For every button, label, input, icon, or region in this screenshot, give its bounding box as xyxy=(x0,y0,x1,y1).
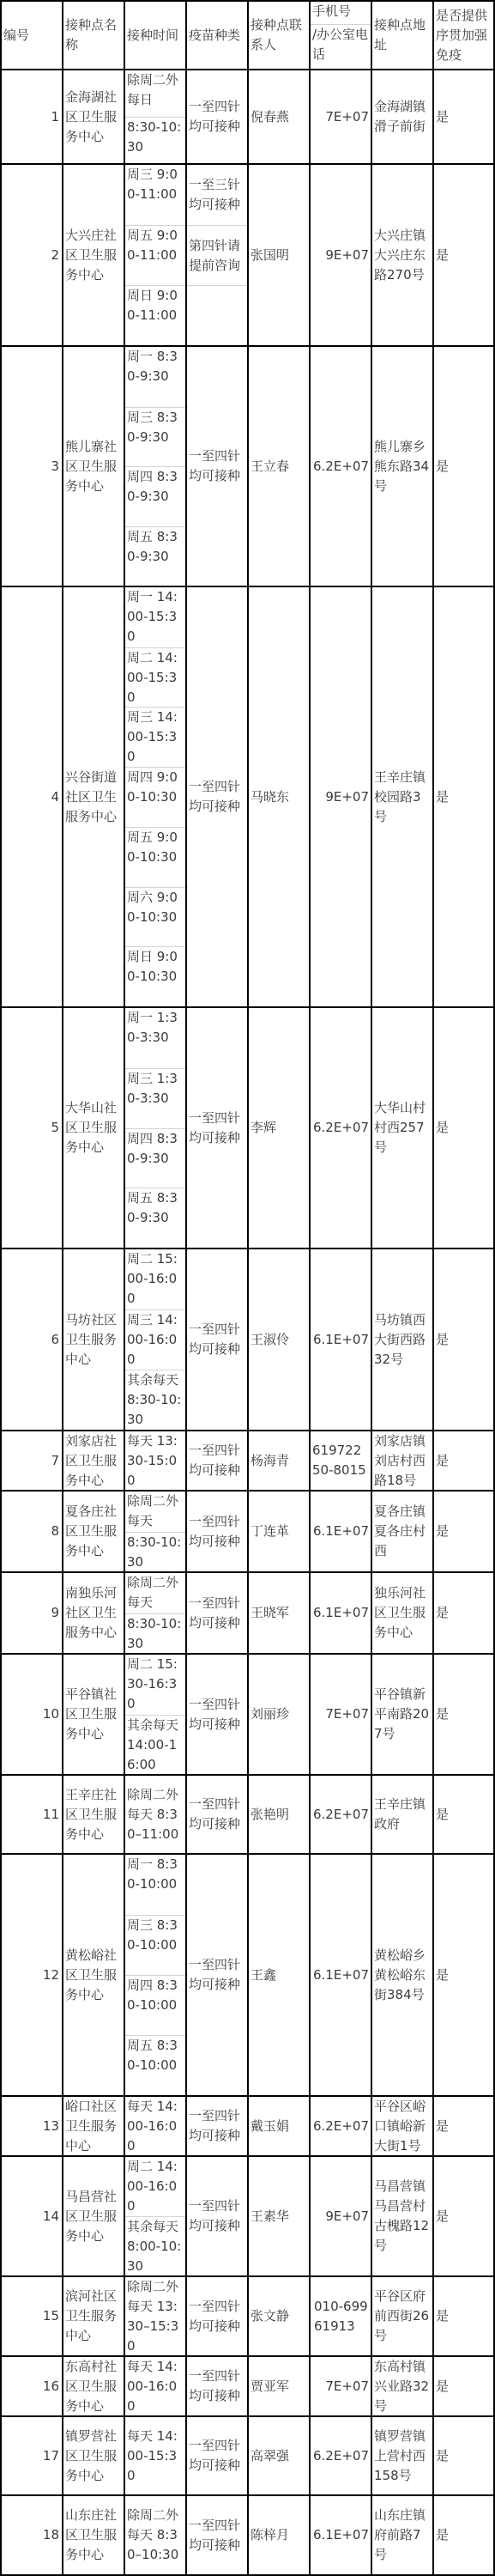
header-phone: 手机号 /办公室电话 xyxy=(309,0,371,69)
time-slot: 每天 14:00-15:30 xyxy=(125,2417,185,2494)
time-slot: 周一 1:30-3:30 xyxy=(125,1008,185,1068)
site-vaccine: 一至四针均可接种 xyxy=(185,1853,247,2095)
time-slot: 8:30-10:30 xyxy=(125,1532,185,1572)
site-phone: 6.1E+07 xyxy=(309,1490,371,1571)
site-vaccine: 一至四针均可接种 xyxy=(185,1571,247,1653)
site-address-text: 王辛庄镇政府 xyxy=(374,1795,431,1834)
time-slot: 周四 9:00-10:30 xyxy=(125,767,185,827)
time-slot: 除周二外每日 xyxy=(125,70,185,117)
site-contact: 王晓军 xyxy=(247,1571,309,1653)
site-vaccine: 一至四针均可接种 xyxy=(185,2275,247,2355)
header-time-label: 接种时间 xyxy=(127,26,184,46)
site-vaccine: 一至四针均可接种 xyxy=(185,2095,247,2155)
site-contact-text: 王素华 xyxy=(251,2207,307,2227)
site-booster-text: 是 xyxy=(436,1704,492,1724)
site-contact-text: 倪春燕 xyxy=(251,107,307,127)
site-contact-text: 马晓东 xyxy=(251,787,307,807)
site-name-text: 大华山社区卫生服务中心 xyxy=(65,1098,122,1157)
site-contact-text: 陈梓月 xyxy=(251,2525,307,2545)
table-row: 6马坊社区卫生服务中心周二 15:00-16:00周三 14:00-16:00其… xyxy=(0,1248,495,1430)
site-name: 平谷镇社区卫生服务中心 xyxy=(62,1653,124,1774)
site-vaccine: 一至四针均可接种 xyxy=(185,1430,247,1490)
site-times: 除周二外每日8:30-10:30 xyxy=(124,69,185,163)
site-phone-text: 61972250-8015 xyxy=(312,1441,369,1480)
site-address-text: 东高村镇兴业路32号 xyxy=(374,2357,431,2416)
site-vaccine: 一至三针均可接种第四针请提前咨询 xyxy=(185,163,247,345)
table-row: 9南独乐河社区卫生服务中心除周二外每天8:30-10:30一至四针均可接种王晓军… xyxy=(0,1571,495,1653)
site-id: 1 xyxy=(0,69,62,163)
site-booster-text: 是 xyxy=(436,2377,492,2397)
site-address: 东高村镇兴业路32号 xyxy=(371,2355,432,2415)
site-booster: 是 xyxy=(432,69,495,163)
site-id: 18 xyxy=(0,2494,62,2574)
site-contact: 王立春 xyxy=(247,345,309,586)
site-contact: 王鑫 xyxy=(247,1853,309,2095)
site-times: 每天 13:30-15:00 xyxy=(124,1430,185,1490)
site-name: 大兴庄社区卫生服务中心 xyxy=(62,163,124,345)
site-address: 王辛庄镇政府 xyxy=(371,1774,432,1853)
table-row: 8夏各庄社区卫生服务中心除周二外每天8:30-10:30一至四针均可接种丁连革6… xyxy=(0,1490,495,1571)
time-slot: 周五 8:30-10:00 xyxy=(125,2035,185,2095)
site-times: 除周二外每天8:30-10:30 xyxy=(124,1571,185,1653)
time-slot: 其余每天 8:00-10:30 xyxy=(125,2216,185,2275)
site-id-text: 18 xyxy=(3,2525,59,2545)
site-booster-text: 是 xyxy=(436,1805,492,1825)
site-id: 13 xyxy=(0,2095,62,2155)
vaccine-text: 第四针请提前咨询 xyxy=(189,236,245,276)
time-slot: 其余每天 14:00-16:00 xyxy=(125,1715,185,1775)
site-address: 王辛庄镇校园路3号 xyxy=(371,586,432,1006)
site-id: 11 xyxy=(0,1774,62,1853)
site-booster: 是 xyxy=(432,1006,495,1248)
site-id: 4 xyxy=(0,586,62,1006)
site-name: 峪口社区卫生服务中心 xyxy=(62,2095,124,2155)
site-booster-text: 是 xyxy=(436,787,492,807)
site-phone-text: 6.2E+07 xyxy=(313,1805,369,1825)
site-booster-text: 是 xyxy=(436,1603,492,1623)
site-name-text: 东高村社区卫生服务中心 xyxy=(65,2357,122,2416)
vaccine-note: 一至三针均可接种 xyxy=(187,165,247,225)
site-name-text: 大兴庄社区卫生服务中心 xyxy=(65,226,122,285)
site-phone: 7E+07 xyxy=(309,2355,371,2415)
site-phone: 61972250-8015 xyxy=(309,1430,371,1490)
site-address-text: 大兴庄镇大兴庄东路270号 xyxy=(374,226,431,285)
site-address-text: 镇罗营镇上营村西158号 xyxy=(374,2427,431,2486)
site-phone: 010-69961913 xyxy=(309,2275,371,2355)
site-booster: 是 xyxy=(432,2155,495,2275)
site-contact: 丁连革 xyxy=(247,1490,309,1571)
time-slot: 周二 15:30-16:30 xyxy=(125,1655,185,1715)
header-time: 接种时间 xyxy=(124,0,185,69)
site-phone-text: 6.1E+07 xyxy=(313,1603,369,1623)
site-contact-text: 李辉 xyxy=(251,1118,307,1138)
site-booster: 是 xyxy=(432,345,495,586)
site-booster-text: 是 xyxy=(436,1965,492,1985)
header-address-label: 接种点地址 xyxy=(374,15,431,55)
time-slot: 周五 9:00-11:00 xyxy=(125,225,185,285)
site-address: 马坊镇西大街西路32号 xyxy=(371,1248,432,1430)
site-phone-text: 6.2E+07 xyxy=(313,457,369,477)
vaccine-text: 一至四针均可接种 xyxy=(189,2297,245,2336)
time-slot: 周一 8:30-9:30 xyxy=(125,347,185,407)
site-contact: 贾亚军 xyxy=(247,2355,309,2415)
time-slot: 周五 9:00-10:30 xyxy=(125,827,185,887)
site-times: 除周二外每天 8:30–10:30 xyxy=(124,2494,185,2574)
time-slot: 周五 8:30-9:30 xyxy=(125,526,185,586)
site-booster: 是 xyxy=(432,1774,495,1853)
site-address-text: 山东庄镇府前路7号 xyxy=(374,2506,431,2565)
site-address-text: 大华山村村西257号 xyxy=(374,1098,431,1157)
site-booster-text: 是 xyxy=(436,2525,492,2545)
time-slot: 除周二外每天 8:30–11:00 xyxy=(125,1776,185,1853)
site-name-text: 滨河社区卫生服务中心 xyxy=(65,2287,122,2346)
site-id: 9 xyxy=(0,1571,62,1653)
site-phone: 9E+07 xyxy=(309,586,371,1006)
time-slot: 周三 1:30-3:30 xyxy=(125,1068,185,1128)
site-booster: 是 xyxy=(432,2355,495,2415)
site-phone-text: 6.2E+07 xyxy=(313,2446,369,2466)
site-contact: 张文静 xyxy=(247,2275,309,2355)
site-name: 大华山社区卫生服务中心 xyxy=(62,1006,124,1248)
site-booster-text: 是 xyxy=(436,457,492,477)
site-phone-text: 6.2E+07 xyxy=(313,2117,369,2136)
header-contact-label: 接种点联系人 xyxy=(251,15,307,55)
vaccine-text: 一至四针均可接种 xyxy=(189,2516,245,2555)
site-address: 山东庄镇府前路7号 xyxy=(371,2494,432,2574)
site-phone: 6.2E+07 xyxy=(309,2415,371,2494)
site-phone-text: 7E+07 xyxy=(325,2377,369,2397)
site-address-text: 马昌营镇马昌营村古槐路12号 xyxy=(374,2177,431,2256)
table-row: 14马昌营社区卫生服务中心周二 14:00-16:00其余每天 8:00-10:… xyxy=(0,2155,495,2275)
site-id-text: 7 xyxy=(3,1451,59,1471)
site-address: 马昌营镇马昌营村古槐路12号 xyxy=(371,2155,432,2275)
site-id-text: 14 xyxy=(3,2207,59,2227)
site-contact: 陈梓月 xyxy=(247,2494,309,2574)
site-name-text: 黄松峪社区卫生服务中心 xyxy=(65,1946,122,2005)
site-address: 平谷区府前西街26号 xyxy=(371,2275,432,2355)
site-address-text: 刘家店镇刘店村西路18号 xyxy=(374,1431,431,1491)
site-address: 镇罗营镇上营村西158号 xyxy=(371,2415,432,2494)
vaccine-empty-slot xyxy=(187,285,247,345)
time-slot: 每天 14:00-16:00 xyxy=(125,2097,185,2155)
site-name-text: 马坊社区卫生服务中心 xyxy=(65,1310,122,1370)
vaccine-text: 一至四针均可接种 xyxy=(189,2196,245,2236)
site-phone: 9E+07 xyxy=(309,2155,371,2275)
table-row: 17镇罗营社区卫生服务中心每天 14:00-15:30一至四针均可接种高翠强6.… xyxy=(0,2415,495,2494)
site-id: 3 xyxy=(0,345,62,586)
vaccine-text: 一至四针均可接种 xyxy=(189,97,245,137)
site-vaccine: 一至四针均可接种 xyxy=(185,1006,247,1248)
site-id-text: 11 xyxy=(3,1805,59,1825)
site-contact-text: 王鑫 xyxy=(251,1965,307,1985)
site-id-text: 8 xyxy=(3,1522,59,1541)
site-name: 马坊社区卫生服务中心 xyxy=(62,1248,124,1430)
vaccine-text: 一至四针均可接种 xyxy=(189,1594,245,1633)
site-address: 平谷镇新平南路207号 xyxy=(371,1653,432,1774)
site-contact: 刘丽珍 xyxy=(247,1653,309,1774)
site-contact-text: 张文静 xyxy=(251,2306,307,2326)
site-booster: 是 xyxy=(432,2275,495,2355)
vaccine-text: 一至四针均可接种 xyxy=(189,447,245,486)
site-contact: 倪春燕 xyxy=(247,69,309,163)
table-row: 1金海湖社区卫生服务中心除周二外每日8:30-10:30一至四针均可接种倪春燕7… xyxy=(0,69,495,163)
table-row: 5大华山社区卫生服务中心周一 1:30-3:30周三 1:30-3:30周四 8… xyxy=(0,1006,495,1248)
site-address: 大华山村村西257号 xyxy=(371,1006,432,1248)
table-row: 13峪口社区卫生服务中心每天 14:00-16:00一至四针均可接种戴玉娟6.2… xyxy=(0,2095,495,2155)
time-slot: 每天 13:30-15:00 xyxy=(125,1431,185,1490)
site-id-text: 15 xyxy=(3,2306,59,2326)
site-address-text: 金海湖镇滑子前街 xyxy=(374,97,431,137)
site-name-text: 金海湖社区卫生服务中心 xyxy=(65,88,122,147)
site-times: 除周二外每天 8:30–11:00 xyxy=(124,1774,185,1853)
site-address: 平谷区峪口镇峪新大街1号 xyxy=(371,2095,432,2155)
site-id-text: 5 xyxy=(3,1118,59,1138)
table-row: 16东高村社区卫生服务中心每天 14:00-16:00一至四针均可接种贾亚军7E… xyxy=(0,2355,495,2415)
site-vaccine: 一至四针均可接种 xyxy=(185,2494,247,2574)
site-address-text: 熊儿寨乡熊东路34号 xyxy=(374,437,431,496)
site-address-text: 夏各庄镇夏各庄村西 xyxy=(374,1502,431,1561)
site-times: 周二 14:00-16:00其余每天 8:00-10:30 xyxy=(124,2155,185,2275)
site-address-text: 黄松峪乡黄松峪东街384号 xyxy=(374,1946,431,2005)
site-phone-text: 9E+07 xyxy=(325,246,369,265)
site-booster-text: 是 xyxy=(436,1118,492,1138)
site-contact: 张国明 xyxy=(247,163,309,345)
site-booster: 是 xyxy=(432,586,495,1006)
site-name: 镇罗营社区卫生服务中心 xyxy=(62,2415,124,2494)
site-id-text: 16 xyxy=(3,2377,59,2397)
site-address: 金海湖镇滑子前街 xyxy=(371,69,432,163)
site-name: 熊儿寨社区卫生服务中心 xyxy=(62,345,124,586)
table-row: 15滨河社区卫生服务中心除周二外每天 13:30–15:30一至四针均可接种张文… xyxy=(0,2275,495,2355)
vaccine-text: 一至四针均可接种 xyxy=(189,1109,245,1148)
table-row: 3熊儿寨社区卫生服务中心周一 8:30-9:30周三 8:30-9:30周四 8… xyxy=(0,345,495,586)
site-id: 14 xyxy=(0,2155,62,2275)
site-id-text: 10 xyxy=(3,1704,59,1724)
time-slot: 除周二外每天 8:30–10:30 xyxy=(125,2496,185,2574)
site-contact-text: 贾亚军 xyxy=(251,2377,307,2397)
header-name: 接种点名称 xyxy=(62,0,124,69)
vaccine-text: 一至四针均可接种 xyxy=(189,1695,245,1735)
site-phone-text: 6.1E+07 xyxy=(313,1965,369,1985)
site-id: 16 xyxy=(0,2355,62,2415)
site-phone-text: 9E+07 xyxy=(325,2207,369,2227)
site-id-text: 3 xyxy=(3,457,59,477)
header-name-label: 接种点名称 xyxy=(65,15,122,55)
header-vaccine-label: 疫苗种类 xyxy=(189,26,245,46)
site-id-text: 6 xyxy=(3,1330,59,1350)
header-id-label: 编号 xyxy=(3,26,60,46)
time-slot: 周四 8:30-10:00 xyxy=(125,1975,185,2035)
time-slot: 8:30-10:30 xyxy=(125,1613,185,1654)
site-phone: 9E+07 xyxy=(309,163,371,345)
site-vaccine: 一至四针均可接种 xyxy=(185,2155,247,2275)
site-vaccine: 一至四针均可接种 xyxy=(185,2355,247,2415)
time-slot: 周五 8:30-9:30 xyxy=(125,1188,185,1248)
site-phone: 6.2E+07 xyxy=(309,2095,371,2155)
site-id: 10 xyxy=(0,1653,62,1774)
time-slot: 周三 9:00-11:00 xyxy=(125,165,185,225)
time-slot: 除周二外每天 xyxy=(125,1492,185,1532)
site-phone: 7E+07 xyxy=(309,69,371,163)
site-times: 除周二外每天8:30-10:30 xyxy=(124,1490,185,1571)
site-name: 金海湖社区卫生服务中心 xyxy=(62,69,124,163)
vaccine-text: 一至四针均可接种 xyxy=(189,2106,245,2146)
header-phone-bottom-label: /办公室电话 xyxy=(311,25,371,64)
site-booster: 是 xyxy=(432,1490,495,1571)
site-address-text: 马坊镇西大街西路32号 xyxy=(374,1310,431,1370)
site-booster-text: 是 xyxy=(436,2446,492,2466)
site-booster: 是 xyxy=(432,1248,495,1430)
site-id: 15 xyxy=(0,2275,62,2355)
time-slot: 周二 14:00-15:30 xyxy=(125,647,185,708)
site-phone-text: 010-69961913 xyxy=(314,2297,369,2336)
site-address: 黄松峪乡黄松峪东街384号 xyxy=(371,1853,432,2095)
site-phone: 6.1E+07 xyxy=(309,1571,371,1653)
site-times: 周三 9:00-11:00周五 9:00-11:00周日 9:00-11:00 xyxy=(124,163,185,345)
site-name: 刘家店社区卫生服务中心 xyxy=(62,1430,124,1490)
site-name: 马昌营社区卫生服务中心 xyxy=(62,2155,124,2275)
vaccine-text: 一至四针均可接种 xyxy=(189,1795,245,1834)
site-address-text: 平谷镇新平南路207号 xyxy=(374,1685,431,1744)
site-booster-text: 是 xyxy=(436,1522,492,1541)
site-booster: 是 xyxy=(432,2095,495,2155)
site-name-text: 熊儿寨社区卫生服务中心 xyxy=(65,437,122,496)
site-booster-text: 是 xyxy=(436,1451,492,1471)
site-phone: 6.1E+07 xyxy=(309,2494,371,2574)
table-row: 2大兴庄社区卫生服务中心周三 9:00-11:00周五 9:00-11:00周日… xyxy=(0,163,495,345)
vaccine-text: 一至四针均可接种 xyxy=(189,1441,245,1480)
site-phone-text: 6.1E+07 xyxy=(313,2525,369,2545)
site-vaccine: 一至四针均可接种 xyxy=(185,1490,247,1571)
site-times: 周一 8:30-10:00周三 8:30-10:00周四 8:30-10:00周… xyxy=(124,1853,185,2095)
vaccine-text: 一至四针均可接种 xyxy=(189,1320,245,1359)
site-address-text: 独乐河社区卫生服务中心 xyxy=(374,1583,431,1643)
site-name: 山东庄社区卫生服务中心 xyxy=(62,2494,124,2574)
site-phone: 6.1E+07 xyxy=(309,1853,371,2095)
time-slot: 周一 14:00-15:30 xyxy=(125,587,185,647)
site-booster-text: 是 xyxy=(436,107,492,127)
site-name-text: 兴谷街道社区卫生服务中心 xyxy=(65,768,122,827)
site-times: 周一 8:30-9:30周三 8:30-9:30周四 8:30-9:30周五 8… xyxy=(124,345,185,586)
site-phone: 6.2E+07 xyxy=(309,1774,371,1853)
vaccine-text: 一至四针均可接种 xyxy=(189,1512,245,1552)
site-address: 大兴庄镇大兴庄东路270号 xyxy=(371,163,432,345)
site-name: 南独乐河社区卫生服务中心 xyxy=(62,1571,124,1653)
site-name: 滨河社区卫生服务中心 xyxy=(62,2275,124,2355)
site-phone: 6.2E+07 xyxy=(309,345,371,586)
table-row: 10平谷镇社区卫生服务中心周二 15:30-16:30其余每天 14:00-16… xyxy=(0,1653,495,1774)
site-times: 周一 14:00-15:30周二 14:00-15:30周三 14:00-15:… xyxy=(124,586,185,1006)
site-contact-text: 戴玉娟 xyxy=(251,2117,307,2136)
site-times: 每天 14:00-15:30 xyxy=(124,2415,185,2494)
table-row: 18山东庄社区卫生服务中心除周二外每天 8:30–10:30一至四针均可接种陈梓… xyxy=(0,2494,495,2574)
site-contact-text: 张国明 xyxy=(251,246,307,265)
time-slot: 周一 8:30-10:00 xyxy=(125,1855,185,1915)
time-slot: 周三 8:30-9:30 xyxy=(125,407,185,467)
site-id-text: 4 xyxy=(3,787,59,807)
site-booster-text: 是 xyxy=(436,1330,492,1350)
site-vaccine: 一至四针均可接种 xyxy=(185,1248,247,1430)
time-slot: 周二 15:00-16:00 xyxy=(125,1249,185,1309)
time-slot: 8:30-10:30 xyxy=(125,117,185,163)
site-vaccine: 一至四针均可接种 xyxy=(185,586,247,1006)
site-name-text: 镇罗营社区卫生服务中心 xyxy=(65,2427,122,2486)
site-vaccine: 一至四针均可接种 xyxy=(185,345,247,586)
time-slot: 周日 9:00-11:00 xyxy=(125,285,185,345)
site-booster: 是 xyxy=(432,1430,495,1490)
site-id-text: 17 xyxy=(3,2446,59,2466)
site-contact-text: 刘丽珍 xyxy=(251,1704,307,1724)
site-contact-text: 杨海青 xyxy=(251,1451,307,1471)
site-name: 王辛庄社区卫生服务中心 xyxy=(62,1774,124,1853)
site-contact: 高翠强 xyxy=(247,2415,309,2494)
site-name: 东高村社区卫生服务中心 xyxy=(62,2355,124,2415)
site-times: 每天 14:00-16:00 xyxy=(124,2355,185,2415)
vaccine-text: 一至四针均可接种 xyxy=(189,2366,245,2406)
site-vaccine: 一至四针均可接种 xyxy=(185,1774,247,1853)
header-booster: 是否提供序贯加强免疫 xyxy=(432,0,495,69)
site-booster: 是 xyxy=(432,1653,495,1774)
header-contact: 接种点联系人 xyxy=(247,0,309,69)
site-id-text: 1 xyxy=(3,107,59,127)
time-slot: 除周二外每天 xyxy=(125,1573,185,1613)
site-id-text: 2 xyxy=(3,246,59,265)
site-booster-text: 是 xyxy=(436,2306,492,2326)
site-contact: 杨海青 xyxy=(247,1430,309,1490)
vaccine-text: 一至四针均可接种 xyxy=(189,1955,245,1995)
site-vaccine: 一至四针均可接种 xyxy=(185,69,247,163)
header-vaccine: 疫苗种类 xyxy=(185,0,247,69)
site-booster: 是 xyxy=(432,163,495,345)
vaccine-text: 一至四针均可接种 xyxy=(189,777,245,817)
site-contact: 张艳明 xyxy=(247,1774,309,1853)
site-contact-text: 丁连革 xyxy=(251,1522,307,1541)
site-contact-text: 高翠强 xyxy=(251,2446,307,2466)
site-name-text: 马昌营社区卫生服务中心 xyxy=(65,2187,122,2246)
site-times: 除周二外每天 13:30–15:30 xyxy=(124,2275,185,2355)
site-name: 兴谷街道社区卫生服务中心 xyxy=(62,586,124,1006)
vaccine-note: 第四针请提前咨询 xyxy=(187,225,247,285)
site-contact-text: 王立春 xyxy=(251,457,307,477)
site-contact-text: 张艳明 xyxy=(251,1805,307,1825)
site-contact-text: 王晓军 xyxy=(251,1603,307,1623)
site-address: 独乐河社区卫生服务中心 xyxy=(371,1571,432,1653)
site-name-text: 刘家店社区卫生服务中心 xyxy=(65,1431,122,1491)
site-booster: 是 xyxy=(432,2415,495,2494)
site-name: 黄松峪社区卫生服务中心 xyxy=(62,1853,124,2095)
site-name-text: 夏各庄社区卫生服务中心 xyxy=(65,1502,122,1561)
table-row: 4兴谷街道社区卫生服务中心周一 14:00-15:30周二 14:00-15:3… xyxy=(0,586,495,1006)
site-booster: 是 xyxy=(432,2494,495,2574)
site-id-text: 9 xyxy=(3,1603,59,1623)
header-phone-top-label: 手机号 xyxy=(311,2,371,25)
site-id: 5 xyxy=(0,1006,62,1248)
time-slot: 周三 14:00-15:30 xyxy=(125,707,185,767)
site-id: 8 xyxy=(0,1490,62,1571)
time-slot: 周六 9:00-10:30 xyxy=(125,887,185,947)
site-name-text: 峪口社区卫生服务中心 xyxy=(65,2097,122,2156)
site-address-text: 平谷区峪口镇峪新大街1号 xyxy=(374,2097,431,2156)
site-times: 周一 1:30-3:30周三 1:30-3:30周四 8:30-9:30周五 8… xyxy=(124,1006,185,1248)
site-id: 17 xyxy=(0,2415,62,2494)
site-address: 刘家店镇刘店村西路18号 xyxy=(371,1430,432,1490)
time-slot: 周三 14:00-16:00 xyxy=(125,1309,185,1370)
site-booster-text: 是 xyxy=(436,2117,492,2136)
time-slot: 周四 8:30-9:30 xyxy=(125,1128,185,1188)
site-name-text: 南独乐河社区卫生服务中心 xyxy=(65,1583,122,1643)
site-times: 每天 14:00-16:00 xyxy=(124,2095,185,2155)
site-phone-text: 6.2E+07 xyxy=(313,1118,369,1138)
